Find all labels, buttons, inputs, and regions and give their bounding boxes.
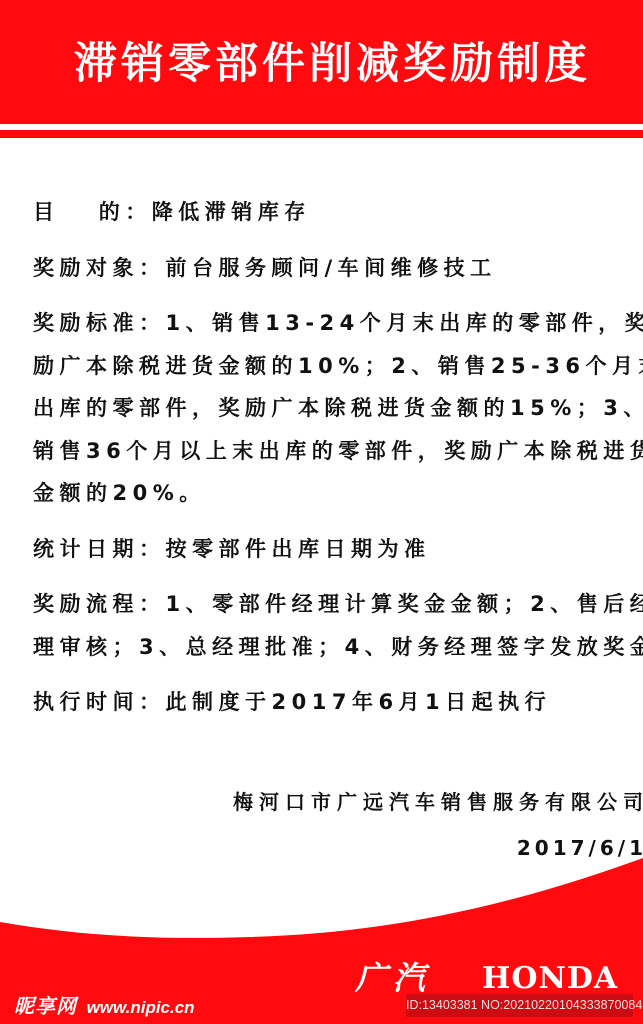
honda-logo-text: HONDA [482,960,618,998]
statistics-date-line: 统计日期：按零部件出库日期为准 [33,534,431,564]
nipic-watermark: 昵享网 www.nipic.cn [14,992,195,1022]
title-banner: 滞销零部件削减奖励制度 [0,0,643,124]
process-line-2: 理审核；3、总经理批准；4、财务经理签字发放奖金。 [33,632,643,662]
watermark-site-name: 昵享网 [14,994,77,1018]
standard-line-3: 出库的零部件，奖励广本除税进货金额的15%；3、 [33,393,643,423]
watermark-url: www.nipic.cn [87,998,195,1017]
standard-line-2: 励广本除税进货金额的10%；2、销售25-36个月末 [33,351,643,381]
header-divider-stripe [0,130,643,138]
process-line-1: 奖励流程：1、零部件经理计算奖金金额；2、售后经 [33,589,643,619]
standard-line-4: 销售36个月以上末出库的零部件，奖励广本除税进货 [33,436,643,466]
gac-logo-text: 广汽 [355,958,431,998]
standard-line-1: 奖励标准：1、销售13-24个月末出库的零部件，奖 [33,308,643,338]
image-id-badge: ID:13403381 NO:20210220104333870084 [406,994,633,1017]
standard-line-5: 金额的20%。 [33,478,206,508]
effective-date-line: 执行时间：此制度于2017年6月1日起执行 [33,687,551,717]
company-name: 梅河口市广远汽车销售服务有限公司 [233,787,643,817]
page-title: 滞销零部件削减奖励制度 [74,36,634,92]
target-line: 奖励对象：前台服务顾问/车间维修技工 [33,253,497,283]
purpose-line: 目 的：降低滞销库存 [33,197,311,227]
